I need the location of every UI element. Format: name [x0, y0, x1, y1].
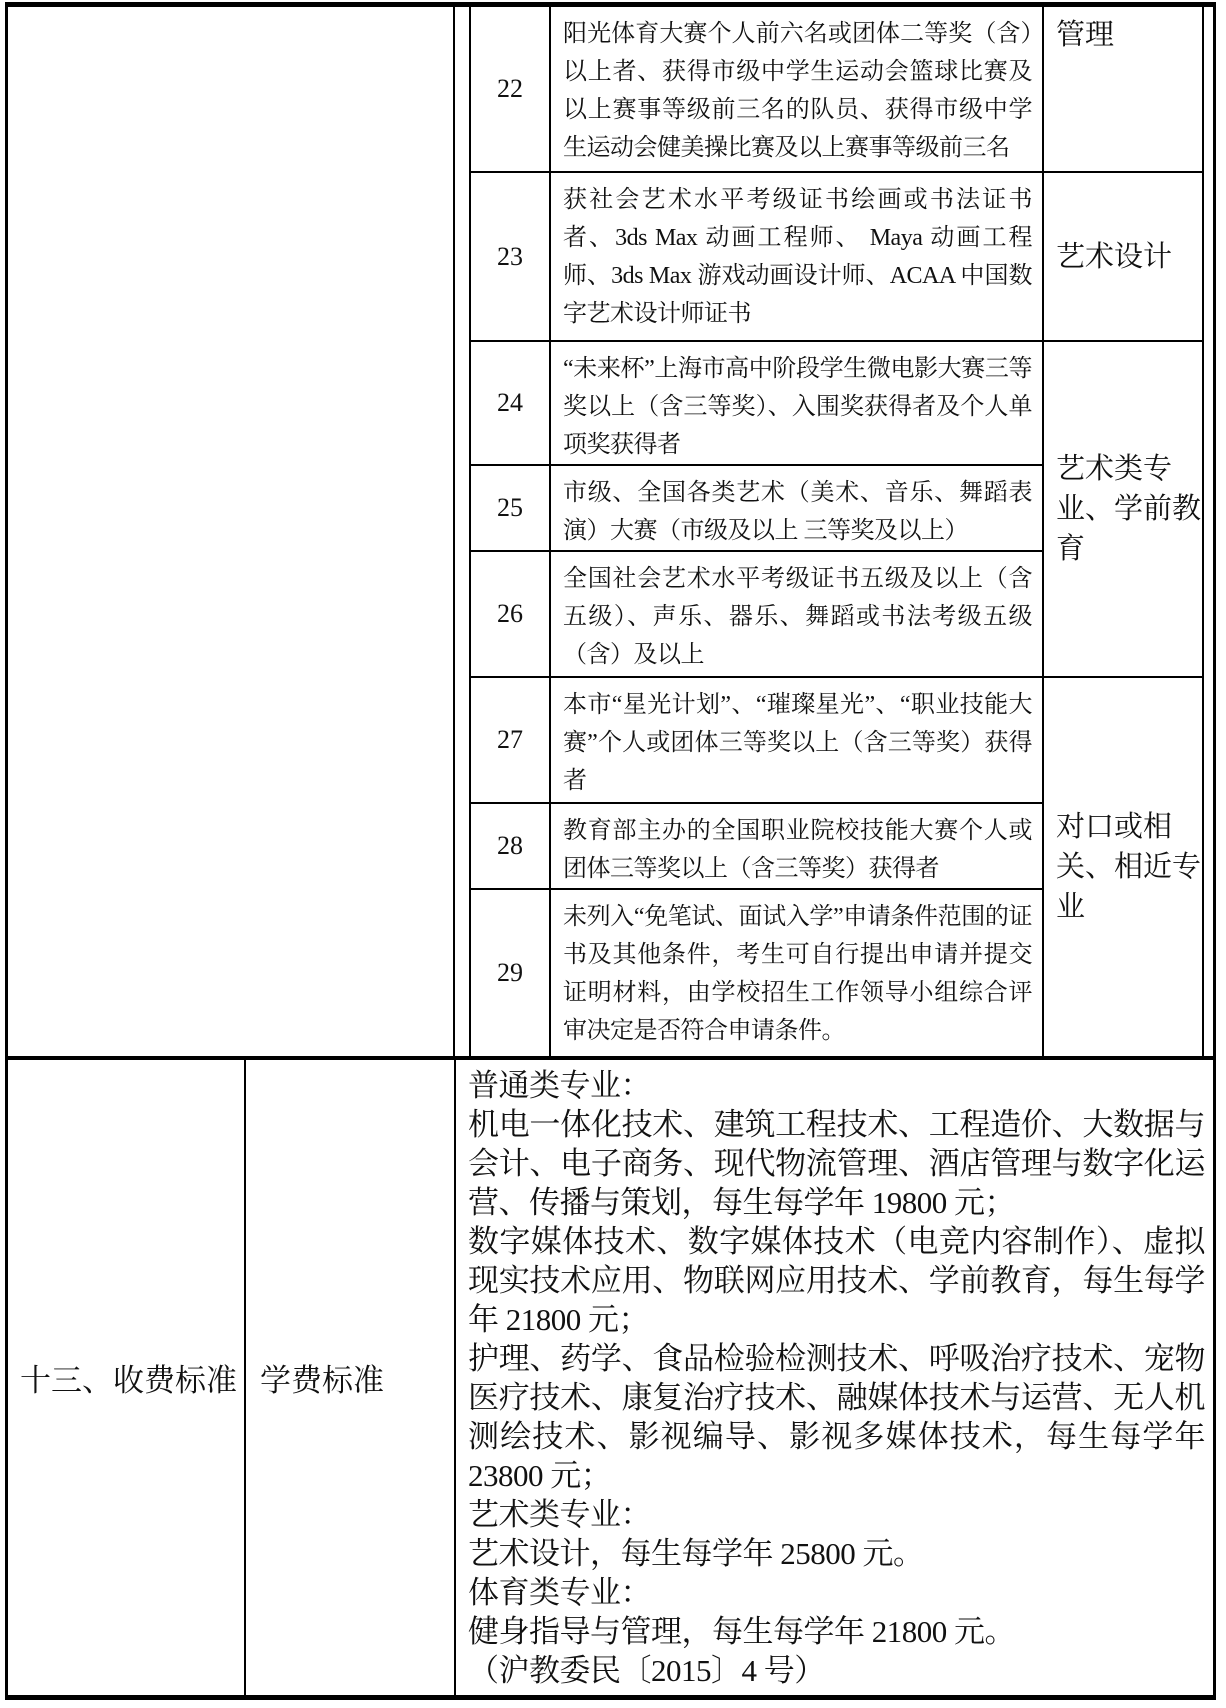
- row-criteria: 全国社会艺术水平考级证书五级及以上（含五级）、声乐、器乐、舞蹈或书法考级五级（含…: [549, 552, 1044, 678]
- row-number: 22: [471, 7, 549, 173]
- document-page: { "page": { "background": "#ffffff", "te…: [0, 0, 1226, 1708]
- row-number: 24: [471, 342, 549, 466]
- row-criteria: “未来杯”上海市高中阶段学生微电影大赛三等奖以上（含三等奖）、入围奖获得者及个人…: [549, 342, 1044, 466]
- category-cell-management: 管理: [1044, 7, 1202, 173]
- row-criteria: 阳光体育大赛个人前六名或团体二等奖（含）以上者、获得市级中学生运动会篮球比赛及以…: [549, 7, 1044, 173]
- fee-row-title: 十三、收费标准: [8, 1060, 246, 1695]
- row-criteria: 市级、全国各类艺术（美术、音乐、舞蹈表演）大赛（市级及以上 三等奖及以上）: [549, 466, 1044, 552]
- fee-paragraph: （沪教委民〔2015〕4 号）: [468, 1651, 1205, 1690]
- empty-continuation-cell: [8, 7, 455, 1056]
- fee-paragraph: 护理、药学、食品检验检测技术、呼吸治疗技术、宠物医疗技术、康复治疗技术、融媒体技…: [468, 1339, 1205, 1495]
- document-table-frame: 22 阳光体育大赛个人前六名或团体二等奖（含）以上者、获得市级中学生运动会篮球比…: [5, 2, 1216, 1700]
- row-criteria: 本市“星光计划”、“璀璨星光”、“职业技能大赛”个人或团体三等奖以上（含三等奖）…: [549, 678, 1044, 804]
- fee-paragraph: 机电一体化技术、建筑工程技术、工程造价、大数据与会计、电子商务、现代物流管理、酒…: [468, 1105, 1205, 1222]
- category-cell-art-preschool: 艺术类专 业、学前教 育: [1044, 342, 1202, 678]
- fee-paragraph: 艺术设计，每生每学年 25800 元。: [468, 1534, 1205, 1573]
- row-number: 28: [471, 804, 549, 890]
- row-number: 26: [471, 552, 549, 678]
- row-number: 27: [471, 678, 549, 804]
- row-criteria: 未列入“免笔试、面试入学”申请条件范围的证书及其他条件，考生可自行提出申请并提交…: [549, 890, 1044, 1056]
- fee-paragraph: 数字媒体技术、数字媒体技术（电竞内容制作）、虚拟现实技术应用、物联网应用技术、学…: [468, 1222, 1205, 1339]
- criteria-inner-table: 22 阳光体育大赛个人前六名或团体二等奖（含）以上者、获得市级中学生运动会篮球比…: [469, 7, 1204, 1056]
- category-cell-art-design: 艺术设计: [1044, 173, 1202, 342]
- row-number: 29: [471, 890, 549, 1056]
- fee-paragraph: 普通类专业：: [468, 1066, 1205, 1105]
- fee-paragraph: 艺术类专业：: [468, 1495, 1205, 1534]
- fee-standard-row: 十三、收费标准 学费标准 普通类专业： 机电一体化技术、建筑工程技术、工程造价、…: [8, 1060, 1213, 1695]
- fee-paragraph: 健身指导与管理，每生每学年 21800 元。: [468, 1612, 1205, 1651]
- row-criteria: 获社会艺术水平考级证书绘画或书法证书者、3ds Max 动画工程师、 Maya …: [549, 173, 1044, 342]
- fee-paragraph: 体育类专业：: [468, 1573, 1205, 1612]
- criteria-table-section: 22 阳光体育大赛个人前六名或团体二等奖（含）以上者、获得市级中学生运动会篮球比…: [8, 7, 1213, 1060]
- row-criteria: 教育部主办的全国职业院校技能大赛个人或团体三等奖以上（含三等奖）获得者: [549, 804, 1044, 890]
- category-cell-related-major: 对口或相 关、相近专 业: [1044, 678, 1202, 1056]
- fee-item-title: 学费标准: [246, 1060, 456, 1695]
- row-number: 25: [471, 466, 549, 552]
- fee-details: 普通类专业： 机电一体化技术、建筑工程技术、工程造价、大数据与会计、电子商务、现…: [456, 1060, 1213, 1695]
- row-number: 23: [471, 173, 549, 342]
